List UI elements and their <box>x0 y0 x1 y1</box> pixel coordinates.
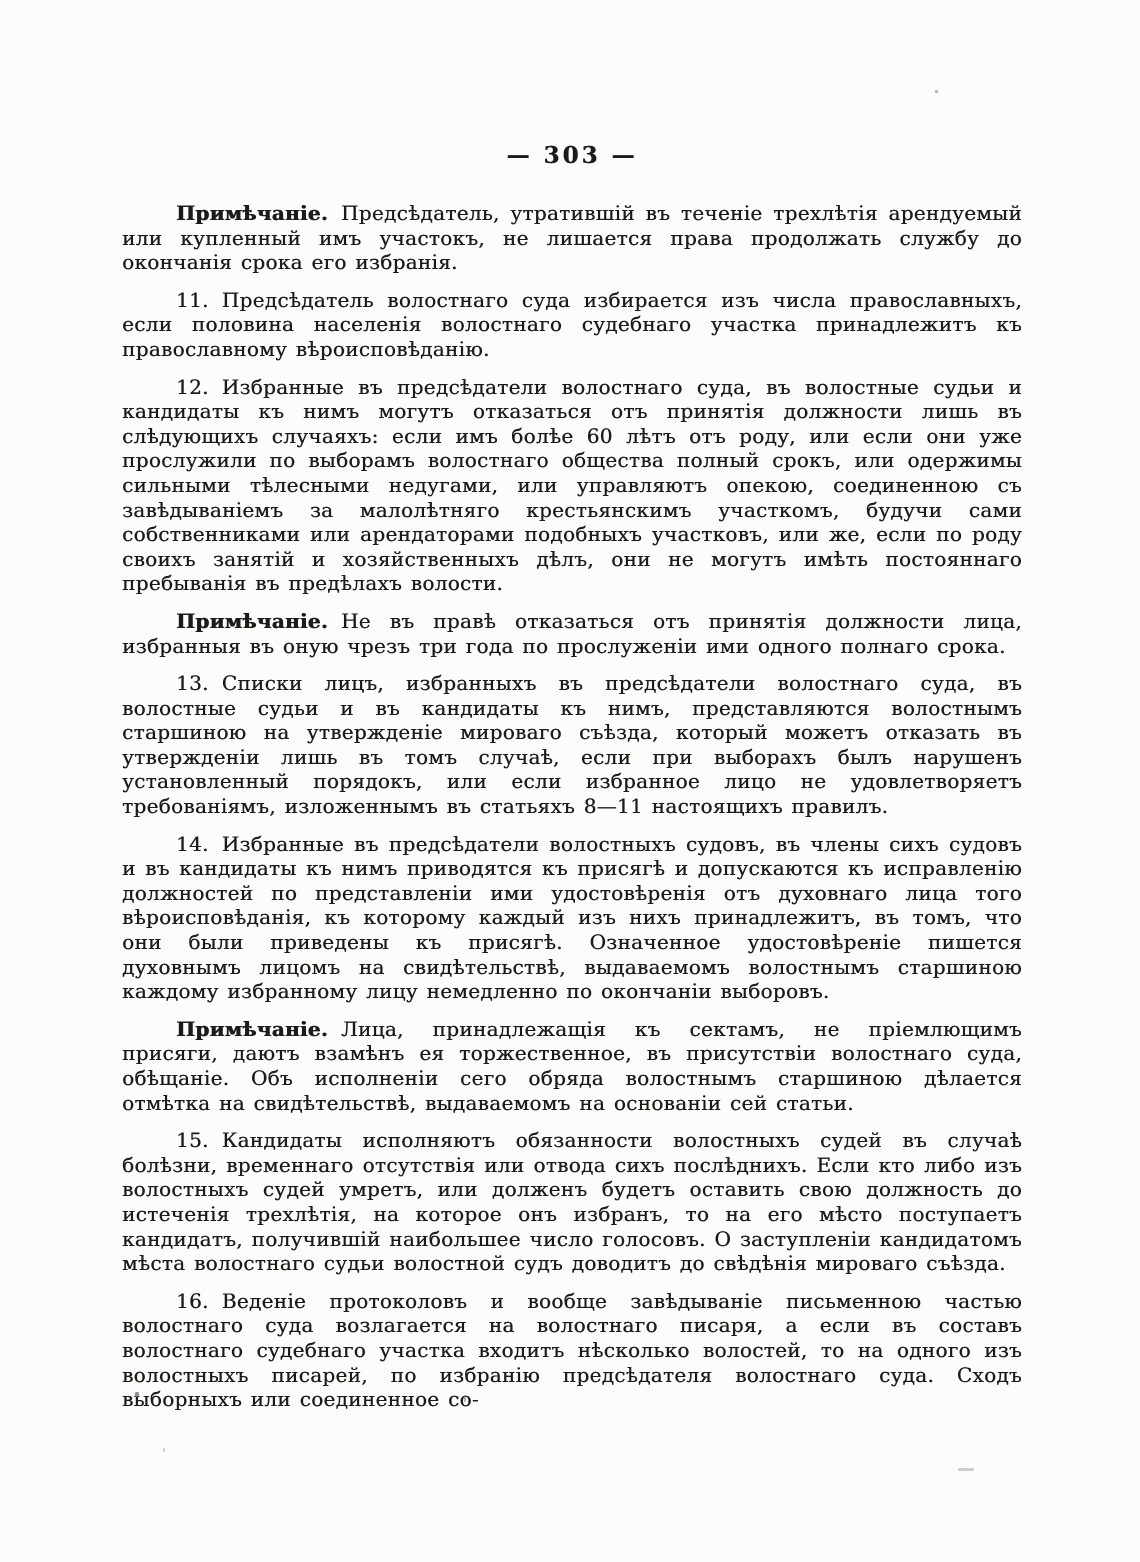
paragraph-label: 12. <box>176 375 209 399</box>
scan-artifact <box>163 1448 165 1452</box>
paragraph-label: Примѣчаніе. <box>176 1017 328 1041</box>
paragraph-text: Предсѣдатель волостнаго суда избирается … <box>122 288 1022 361</box>
paragraph-text: Веденіе протоколовъ и вообще завѣдываніе… <box>122 1289 1022 1411</box>
paragraph: 12.Избранные въ предсѣдатели волостнаго … <box>122 375 1022 596</box>
scan-artifact <box>958 1468 974 1471</box>
paragraph-label: 11. <box>176 288 209 312</box>
text-block: Примѣчаніе.Предсѣдатель, утратившій въ т… <box>122 201 1022 1412</box>
scan-artifact <box>135 1392 139 1397</box>
paragraph-label: 13. <box>176 671 209 695</box>
paragraph-label: Примѣчаніе. <box>176 201 328 225</box>
paragraph-label: 15. <box>176 1128 209 1152</box>
paragraph: 15.Кандидаты исполняютъ обязанности воло… <box>122 1128 1022 1276</box>
paragraph-text: Списки лицъ, избранныхъ въ предсѣдатели … <box>122 671 1022 818</box>
paragraph-label: Примѣчаніе. <box>176 609 328 633</box>
paragraph: 13.Списки лицъ, избранныхъ въ предсѣдате… <box>122 671 1022 819</box>
page-content: — 303 — Примѣчаніе.Предсѣдатель, утратив… <box>122 142 1022 1425</box>
paragraph: 14.Избранные въ предсѣдатели волостныхъ … <box>122 832 1022 1004</box>
paragraph-label: 16. <box>176 1289 209 1313</box>
paragraph: Примѣчаніе.Лица, принадлежащія къ сектам… <box>122 1017 1022 1115</box>
paragraph-text: Избранные въ предсѣдатели волостныхъ суд… <box>122 832 1022 1004</box>
scan-artifact <box>464 1395 466 1402</box>
paragraph: Примѣчаніе.Предсѣдатель, утратившій въ т… <box>122 201 1022 275</box>
paragraph: 11.Предсѣдатель волостнаго суда избирает… <box>122 288 1022 362</box>
paragraph-text: Кандидаты исполняютъ обязанности волостн… <box>122 1128 1022 1275</box>
paragraph-label: 14. <box>176 832 209 856</box>
scan-artifact <box>935 90 938 93</box>
paragraph: Примѣчаніе.Не въ правѣ отказаться отъ пр… <box>122 609 1022 658</box>
page-number: — 303 — <box>122 142 1022 169</box>
scanned-document-page: — 303 — Примѣчаніе.Предсѣдатель, утратив… <box>0 0 1140 1562</box>
paragraph-text: Избранные въ предсѣдатели волостнаго суд… <box>122 375 1022 596</box>
paragraph: 16.Веденіе протоколовъ и вообще завѣдыва… <box>122 1289 1022 1412</box>
